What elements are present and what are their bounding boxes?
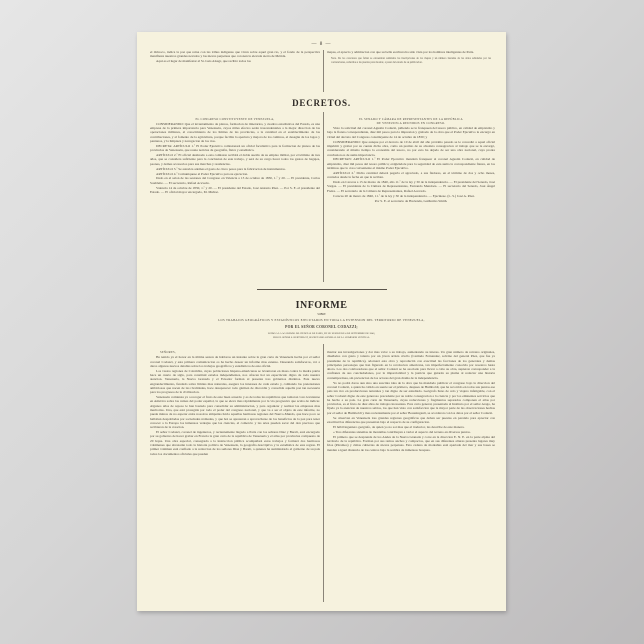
- decree-heading: DE VENEZUELA REUNIDOS EN CONGRESO.: [327, 121, 495, 125]
- paragraph: DECRETAN: ARTÍCULO 1.º El Poder Ejecutiv…: [327, 157, 495, 170]
- paragraph: Dado en el salon de las sesiones del Con…: [150, 176, 320, 185]
- paragraph: Los vastos regiones de Colombia, cuyas p…: [150, 369, 320, 395]
- paragraph: ARTÍCULO 4.º Comuníquese al Poder Ejecut…: [150, 172, 320, 176]
- paragraph: Valencia 14 de octubre de 1830, 1.º y 20…: [150, 186, 320, 195]
- paragraph: DECRETA: ARTÍCULO 1.º El Poder Ejecutivo…: [150, 144, 320, 153]
- decreto-right-column: EL SENADO Y CÁMARA DE REPRESENTANTES DE …: [327, 117, 495, 203]
- paragraph: Venezuela comienza ya a recoger el fruto…: [150, 395, 320, 429]
- paragraph: Visto la solicitud del coronel Agustin C…: [327, 126, 495, 139]
- section-title-decretos: DECRETOS.: [137, 98, 506, 108]
- paragraph: Caracas 20 de marzo de 1840, 11.º de la …: [327, 194, 495, 198]
- informe-read-at: LEIDO A LA ACADEMIA DE CIENCIAS DE PARIS…: [137, 332, 506, 335]
- paragraph: Aquí es el lugar de manifestar al Sr. Lu…: [150, 59, 320, 63]
- paragraph: « Tres diferentes sistemas de montañas c…: [327, 430, 495, 434]
- paragraph: He tenido ya el honor en la última sesio…: [150, 355, 320, 368]
- column-divider: [323, 50, 324, 92]
- section-divider: [257, 289, 387, 290]
- informe-subtitle: LOS TRABAJOS GEOGRÁFICOS Y ESTADÍSTICOS …: [137, 318, 506, 322]
- paragraph: Yo no podré daros aun sino una suscinta …: [327, 381, 495, 415]
- footnote: Nota. De los caracteres que faltan se en…: [331, 57, 491, 63]
- decreto-left-column: EL CONGRESO CONSTITUYENTE DE VENEZUELA, …: [150, 117, 320, 195]
- paragraph: El señor Codazzi, coronel de ingenieros,…: [150, 430, 320, 456]
- paragraph: el Orinoco, indica la paz que reina con …: [150, 50, 320, 59]
- section-title-informe: INFORME: [137, 300, 506, 311]
- top-left-column: el Orinoco, indica la paz que reina con …: [150, 50, 320, 64]
- paragraph: mapas, el aprecio y admiracion con que s…: [327, 50, 495, 54]
- document-page: — 8 — el Orinoco, indica la paz que rein…: [137, 32, 506, 611]
- decree-heading: EL CONGRESO CONSTITUYENTE DE VENEZUELA,: [150, 117, 320, 121]
- signature: Por S. E. el secretario de Hacienda, Gui…: [327, 199, 495, 203]
- informe-by: POR EL SEÑOR S. BERTHELOT, SECRETARIO GE…: [137, 336, 506, 339]
- paragraph: CONSIDERANDO: Que aunque por el decreto …: [327, 140, 495, 157]
- paragraph: CONSIDERANDO: Que el levantamiento de pl…: [150, 122, 320, 143]
- paragraph: El hábil ingeniero geógrafo, de quien yo…: [327, 425, 495, 429]
- salutation: SEÑORES,: [150, 350, 320, 354]
- paragraph: Se observan en Venezuela tres grandes re…: [327, 416, 495, 425]
- paragraph: ARTÍCULO 2.º Dicha cantidad deberá pagar…: [327, 171, 495, 180]
- informe-author: POR EL SEÑOR CORONEL CODAZZI;: [137, 325, 506, 329]
- informe-right-column: ilustrar sus investigaciones y dar mas v…: [327, 350, 495, 452]
- paragraph: ARTÍCULO 2.º El oficial destinado a esta…: [150, 153, 320, 166]
- top-right-column: mapas, el aprecio y admiracion con que s…: [327, 50, 495, 67]
- page-number: — 8 —: [137, 42, 506, 47]
- informe-sobre: SOBRE: [137, 313, 506, 316]
- column-divider: [323, 344, 324, 602]
- paragraph: ARTÍCULO 3.º Se autoriza ademas el gasto…: [150, 167, 320, 171]
- column-divider: [323, 112, 324, 282]
- paragraph: Dado en Caracas a 15 de marzo de 1840, a…: [327, 180, 495, 193]
- informe-left-column: SEÑORES, He tenido ya el honor en la últ…: [150, 350, 320, 457]
- paragraph: ilustrar sus investigaciones y dar mas v…: [327, 350, 495, 380]
- paragraph: El primero que se desprende de los Andes…: [327, 435, 495, 452]
